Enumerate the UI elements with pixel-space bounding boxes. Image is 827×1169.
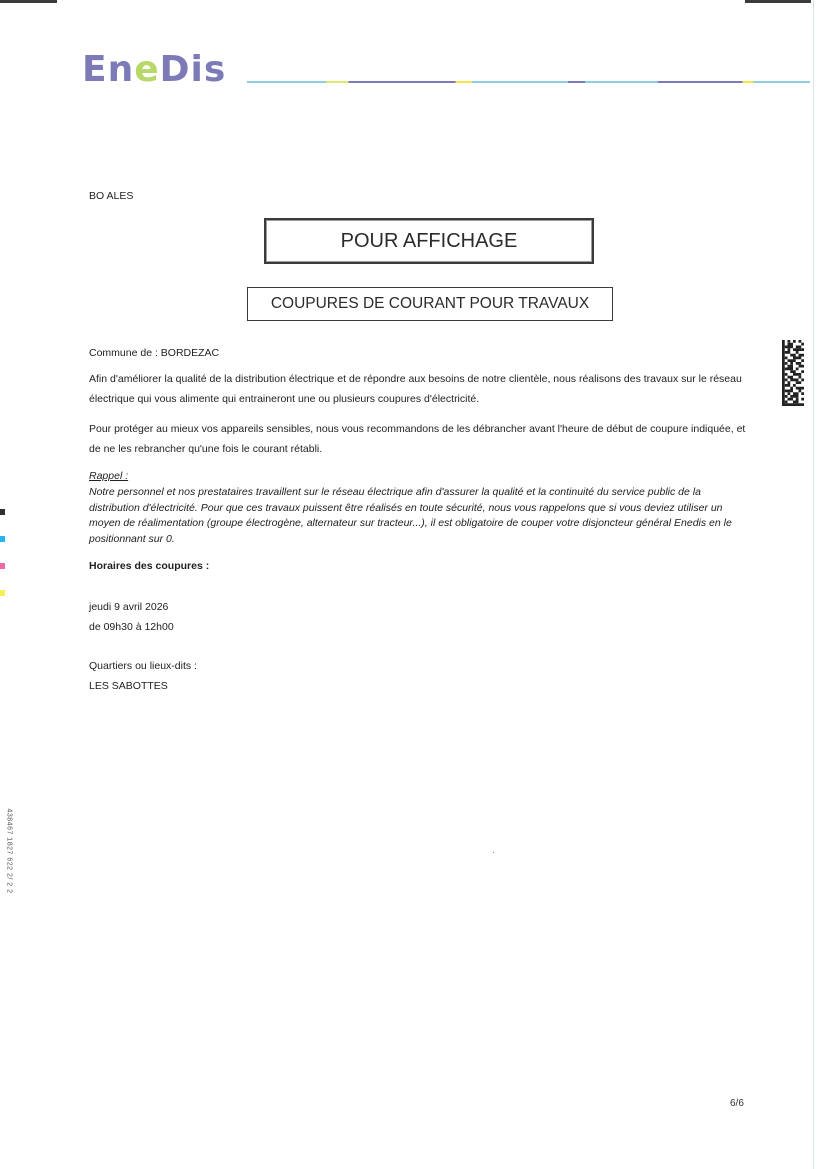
sender-label: BO ALES [89, 190, 133, 202]
title-text: POUR AFFICHAGE [341, 230, 518, 253]
paragraph-intro: Afin d'améliorer la qualité de la distri… [89, 369, 749, 409]
rappel-block: Rappel : Notre personnel et nos prestata… [89, 469, 749, 548]
yellow-mark [0, 590, 5, 596]
subtitle-text: COUPURES DE COURANT POUR TRAVAUX [271, 295, 589, 313]
notice-body: Commune de : BORDEZAC Afin d'améliorer l… [89, 343, 749, 696]
subtitle-box: COUPURES DE COURANT POUR TRAVAUX [247, 287, 613, 321]
paragraph-recommendation: Pour protéger au mieux vos appareils sen… [89, 419, 749, 459]
logo-part-1: En [82, 49, 134, 90]
page-edge-line [813, 0, 814, 1169]
logo-part-2: e [134, 49, 159, 90]
scan-corner-mark-left [0, 0, 57, 3]
scan-speck [493, 852, 494, 853]
margin-tracking-code: 438467 1827 622 2/ 2 2 [6, 809, 13, 939]
page-number: 6/6 [730, 1098, 744, 1109]
cyan-mark [0, 536, 5, 542]
horaires-label: Horaires des coupures : [89, 556, 749, 576]
quartiers-label: Quartiers ou lieux-dits : [89, 656, 749, 676]
enedis-logo: EneDis [82, 50, 226, 90]
logo-part-3: Dis [160, 49, 227, 90]
header-color-rule [247, 81, 810, 83]
outage-date: jeudi 9 avril 2026 [89, 597, 749, 617]
rappel-text: Notre personnel et nos prestataires trav… [89, 485, 749, 548]
outage-time: de 09h30 à 12h00 [89, 617, 749, 637]
magenta-mark [0, 563, 5, 569]
title-box: POUR AFFICHAGE [264, 218, 594, 264]
quartiers-value: LES SABOTTES [89, 676, 749, 696]
rappel-label: Rappel : [89, 469, 749, 485]
black-mark [0, 509, 5, 515]
commune-line: Commune de : BORDEZAC [89, 343, 749, 363]
datamatrix-code-icon [782, 340, 804, 406]
scan-corner-mark-right [745, 0, 811, 3]
